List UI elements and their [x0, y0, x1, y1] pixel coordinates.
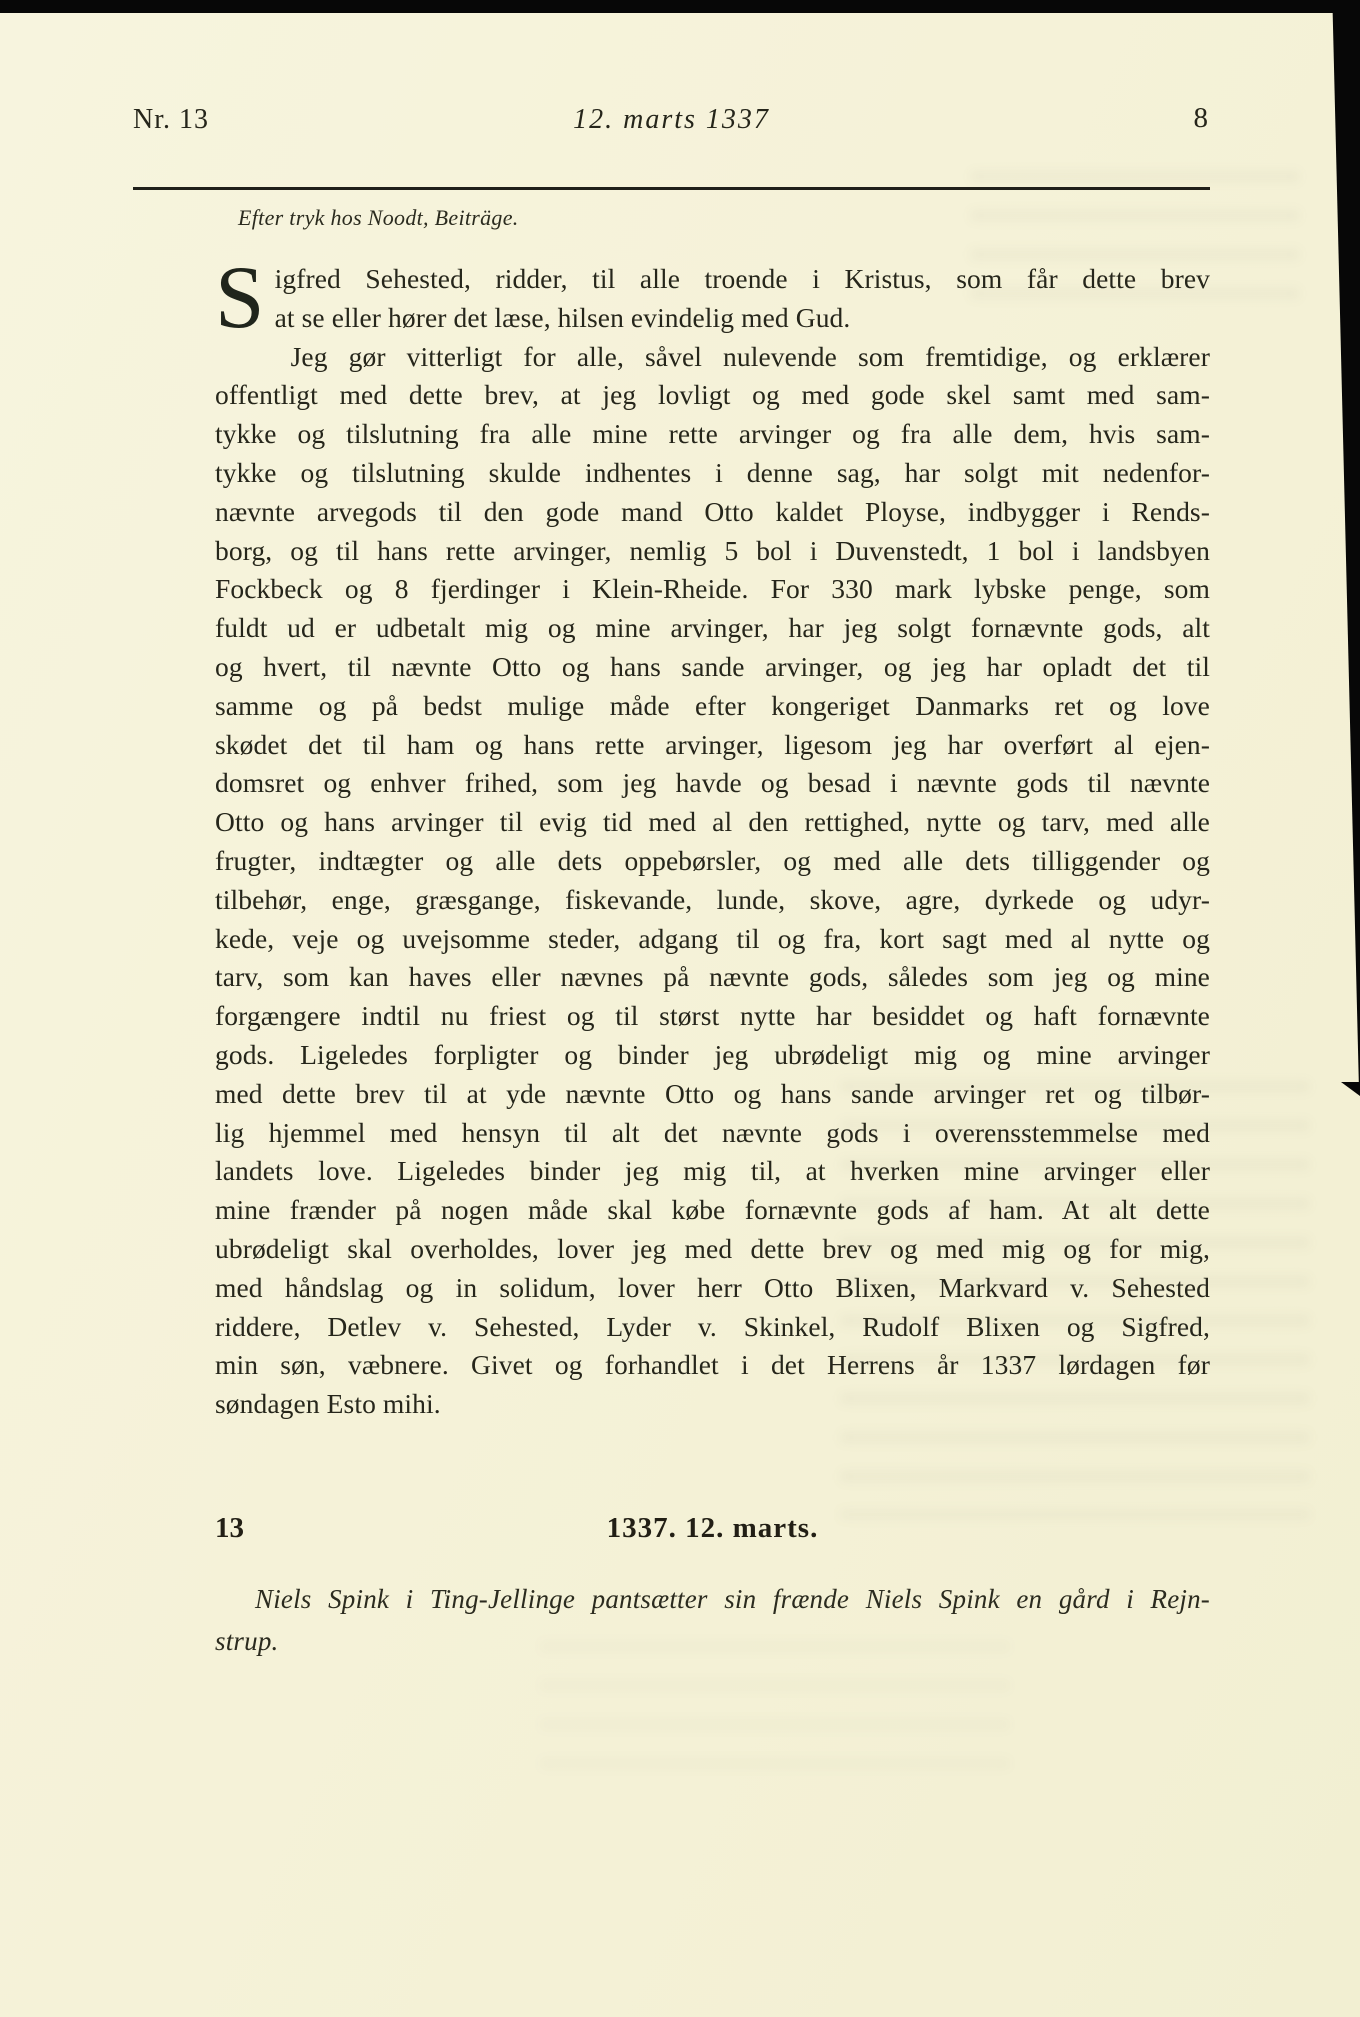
text-line: borg, og til hans rette arvinger, nemlig… — [215, 532, 1210, 571]
scanner-edge-right — [1324, 12, 1360, 1087]
text-line: Fockbeck og 8 fjerdinger i Klein-Rheide.… — [215, 570, 1210, 609]
text-line: Niels Spink i Ting-Jellinge pantsætter s… — [215, 1578, 1210, 1620]
text-line: domsret og enhver frihed, som jeg havde … — [215, 764, 1210, 803]
text-line: kede, veje og uvejsomme steder, adgang t… — [215, 920, 1210, 959]
next-entry-summary: Niels Spink i Ting-Jellinge pantsætter s… — [215, 1578, 1210, 1662]
page-number: 8 — [1194, 102, 1209, 135]
text-line: søndagen Esto mihi. — [215, 1385, 1210, 1424]
text-line: mine frænder på nogen måde skal købe for… — [215, 1191, 1210, 1230]
text-line: ubrødeligt skal overholdes, lover jeg me… — [215, 1230, 1210, 1269]
text-line: igfred Sehested, ridder, til alle troend… — [215, 260, 1210, 299]
text-line: offentligt med dette brev, at jeg lovlig… — [215, 376, 1210, 415]
text-line: med dette brev til at yde nævnte Otto og… — [215, 1075, 1210, 1114]
text-line: skødet det til ham og hans rette arvinge… — [215, 726, 1210, 765]
text-line: at se eller hører det læse, hilsen evind… — [215, 299, 1210, 338]
header-rule — [133, 187, 1210, 190]
scanner-edge-speck — [1341, 1082, 1360, 1096]
scanner-edge-top — [0, 0, 1360, 13]
text-line: forgængere indtil nu friest og til størs… — [215, 997, 1210, 1036]
text-line: landets love. Ligeledes binder jeg mig t… — [215, 1152, 1210, 1191]
source-note: Efter tryk hos Noodt, Beiträge. — [238, 205, 519, 231]
text-line: strup. — [215, 1620, 1210, 1662]
text-line: gods. Ligeledes forpligter og binder jeg… — [215, 1036, 1210, 1075]
text-line: tilbehør, enge, græsgange, fiskevande, l… — [215, 881, 1210, 920]
text-line: frugter, indtægter og alle dets oppebørs… — [215, 842, 1210, 881]
text-line: tykke og tilslutning skulde indhentes i … — [215, 454, 1210, 493]
scanned-page: Nr. 13 12. marts 1337 8 Efter tryk hos N… — [0, 0, 1360, 2017]
text-line: nævnte arvegods til den gode mand Otto k… — [215, 493, 1210, 532]
text-line: tarv, som kan haves eller nævnes på nævn… — [215, 958, 1210, 997]
drop-cap: S — [215, 260, 275, 338]
running-head: Nr. 13 12. marts 1337 8 — [133, 104, 1210, 146]
running-head-date: 12. marts 1337 — [133, 104, 1210, 136]
text-line: lig hjemmel med hensyn til alt det nævnt… — [215, 1114, 1210, 1153]
charter-text: S igfred Sehested, ridder, til alle troe… — [215, 260, 1210, 1424]
text-line: fuldt ud er udbetalt mig og mine arvinge… — [215, 609, 1210, 648]
text-line: og hvert, til nævnte Otto og hans sande … — [215, 648, 1210, 687]
next-entry-date: 1337. 12. marts. — [215, 1512, 1210, 1545]
text-line: Jeg gør vitterligt for alle, såvel nulev… — [215, 338, 1210, 377]
text-line: min søn, væbnere. Givet og forhandlet i … — [215, 1346, 1210, 1385]
text-line: Otto og hans arvinger til evig tid med a… — [215, 803, 1210, 842]
text-line: riddere, Detlev v. Sehested, Lyder v. Sk… — [215, 1308, 1210, 1347]
text-line: samme og på bedst mulige måde efter kong… — [215, 687, 1210, 726]
text-line: tykke og tilslutning fra alle mine rette… — [215, 415, 1210, 454]
next-entry-heading: 13 1337. 12. marts. — [215, 1512, 1210, 1552]
text-line: med håndslag og in solidum, lover herr O… — [215, 1269, 1210, 1308]
